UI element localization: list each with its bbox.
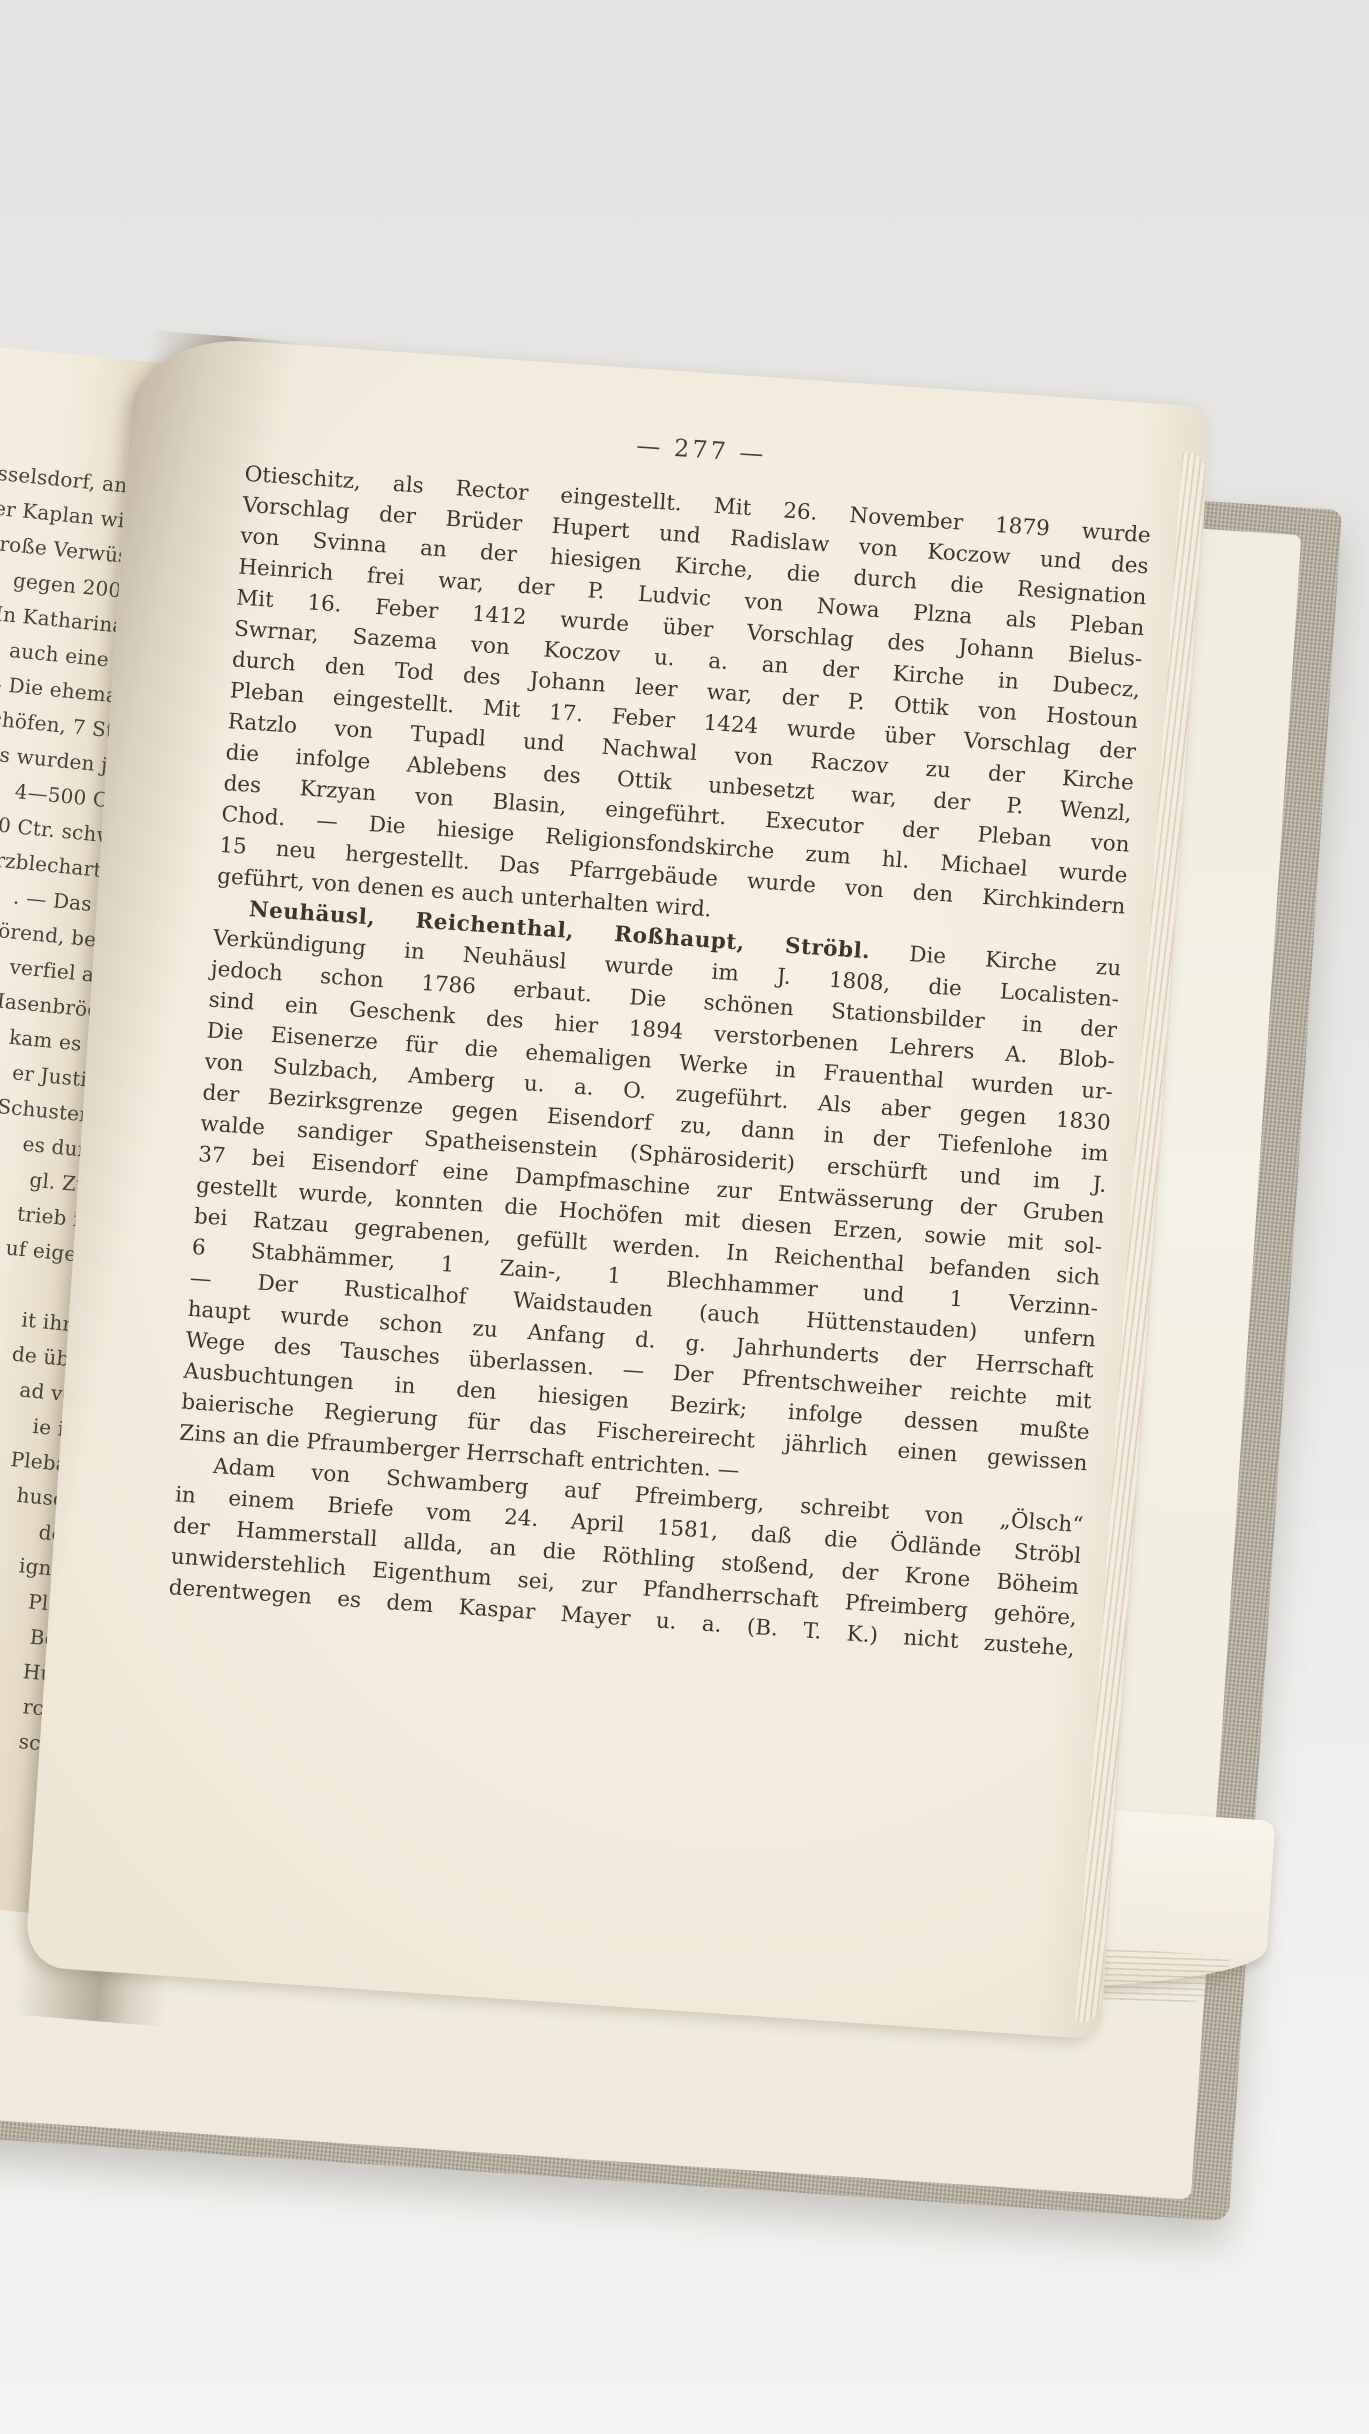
paragraph-neuhaeusl: Verkündigung in Neuhäusl wurde im J. 180…	[178, 923, 1120, 1511]
book-photo: Hasselsdorf, an wel-ger Kaplan wirkte.gr…	[0, 0, 1369, 2434]
right-page: — 277 — Otieschitz, als Rector eingestel…	[25, 334, 1212, 2040]
page-text-block: — 277 — Otieschitz, als Rector eingestel…	[168, 404, 1156, 1665]
paragraph-church-history: Otieschitz, als Rector eingestellt. Mit …	[216, 459, 1151, 954]
